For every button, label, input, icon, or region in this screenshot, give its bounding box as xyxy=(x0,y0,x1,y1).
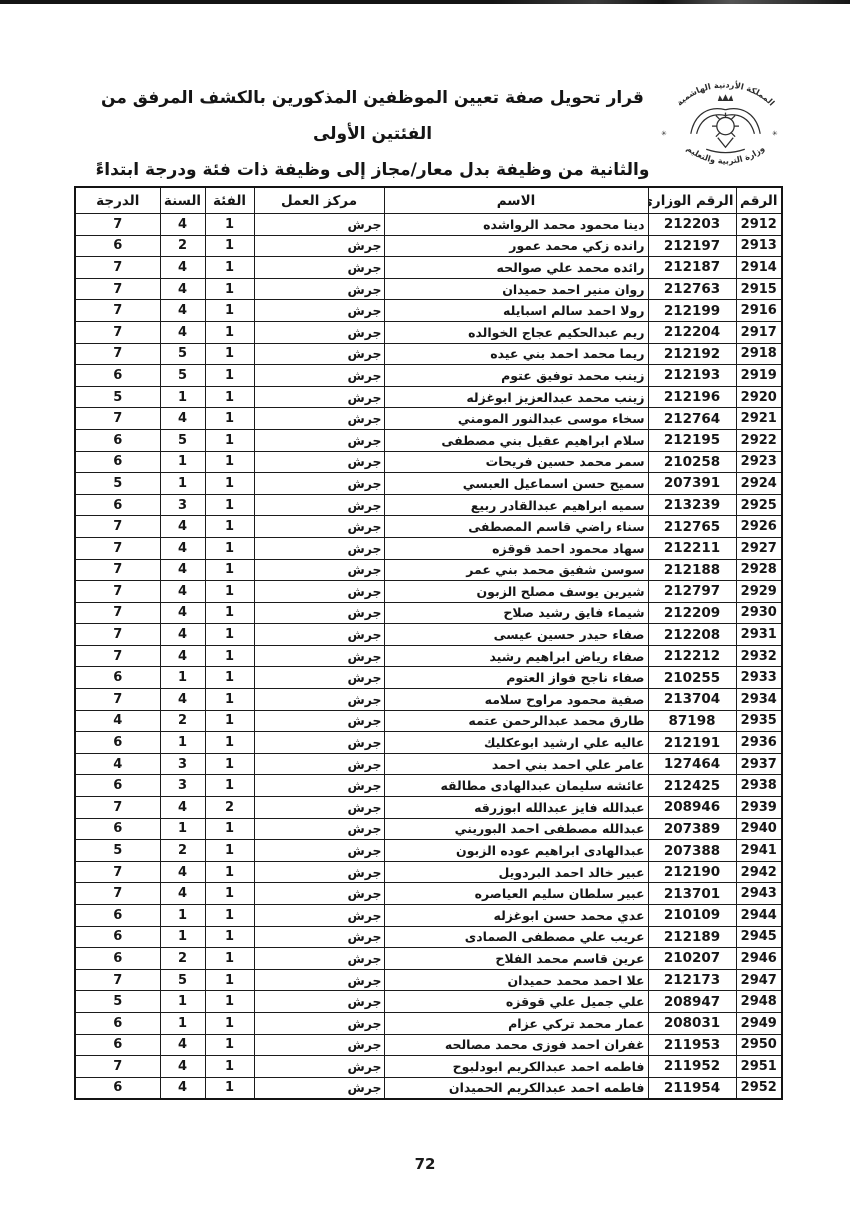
cell-year: 4 xyxy=(160,537,205,559)
cell-year: 1 xyxy=(160,926,205,948)
cell-ministry-number: 212763 xyxy=(648,278,736,300)
cell-row-number: 2941 xyxy=(736,840,782,862)
cell-grade: 7 xyxy=(75,300,160,322)
cell-year: 1 xyxy=(160,818,205,840)
cell-grade: 6 xyxy=(75,948,160,970)
cell-year: 1 xyxy=(160,473,205,495)
cell-name: عامر علي احمد بني احمد xyxy=(384,753,648,775)
cell-row-number: 2931 xyxy=(736,624,782,646)
cell-row-number: 2950 xyxy=(736,1034,782,1056)
cell-name: زينب محمد توفيق عتوم xyxy=(384,365,648,387)
cell-year: 1 xyxy=(160,386,205,408)
cell-work-center: جرش xyxy=(254,386,384,408)
header-year: السنة xyxy=(160,187,205,214)
cell-grade: 7 xyxy=(75,1056,160,1078)
table-row: 2950211953غفران احمد فوزى محمد مصالحهجرش… xyxy=(75,1034,782,1056)
cell-category: 1 xyxy=(205,516,254,538)
cell-ministry-number: 212173 xyxy=(648,969,736,991)
cell-grade: 7 xyxy=(75,581,160,603)
cell-category: 1 xyxy=(205,494,254,516)
cell-work-center: جرش xyxy=(254,581,384,603)
cell-grade: 6 xyxy=(75,1077,160,1099)
cell-ministry-number: 212204 xyxy=(648,321,736,343)
cell-row-number: 2942 xyxy=(736,861,782,883)
cell-year: 4 xyxy=(160,797,205,819)
cell-year: 4 xyxy=(160,321,205,343)
cell-category: 1 xyxy=(205,624,254,646)
cell-work-center: جرش xyxy=(254,494,384,516)
header-row-number: الرقم xyxy=(736,187,782,214)
cell-year: 4 xyxy=(160,645,205,667)
cell-category: 1 xyxy=(205,429,254,451)
table-row: 2939208946عبدالله فايز عبدالله ابوزرقهجر… xyxy=(75,797,782,819)
table-row: 2934213704صفية محمود مراوح سلامهجرش147 xyxy=(75,689,782,711)
cell-category: 1 xyxy=(205,214,254,236)
cell-year: 4 xyxy=(160,624,205,646)
cell-name: سوسن شفيق محمد بني عمر xyxy=(384,559,648,581)
cell-work-center: جرش xyxy=(254,602,384,624)
table-row: 2940207389عبدالله مصطفى احمد البورينيجرش… xyxy=(75,818,782,840)
table-row: 2926212765سناء راضي قاسم المصطفىجرش147 xyxy=(75,516,782,538)
table-row: 2912212203دينا محمود محمد الرواشدهجرش147 xyxy=(75,214,782,236)
cell-category: 1 xyxy=(205,321,254,343)
cell-row-number: 2929 xyxy=(736,581,782,603)
table-row: 2945212189عريب علي مصطفى الصمادىجرش116 xyxy=(75,926,782,948)
cell-year: 4 xyxy=(160,861,205,883)
cell-year: 1 xyxy=(160,1012,205,1034)
cell-row-number: 2949 xyxy=(736,1012,782,1034)
cell-row-number: 2938 xyxy=(736,775,782,797)
cell-name: سمر محمد حسين فريحات xyxy=(384,451,648,473)
cell-row-number: 2937 xyxy=(736,753,782,775)
table-row: 2930212209شيماء فايق رشيد صلاحجرش147 xyxy=(75,602,782,624)
cell-name: عبدالهادى ابراهيم عوده الزبون xyxy=(384,840,648,862)
cell-name: غفران احمد فوزى محمد مصالحه xyxy=(384,1034,648,1056)
cell-category: 1 xyxy=(205,775,254,797)
cell-row-number: 2917 xyxy=(736,321,782,343)
cell-ministry-number: 208947 xyxy=(648,991,736,1013)
cell-category: 1 xyxy=(205,861,254,883)
cell-name: صفاء رياض ابراهيم رشيد xyxy=(384,645,648,667)
cell-category: 1 xyxy=(205,732,254,754)
cell-ministry-number: 207389 xyxy=(648,818,736,840)
cell-ministry-number: 212797 xyxy=(648,581,736,603)
table-row: 2921212764سخاء موسى عبدالنور المومنيجرش1… xyxy=(75,408,782,430)
cell-work-center: جرش xyxy=(254,559,384,581)
cell-name: عريب علي مصطفى الصمادى xyxy=(384,926,648,948)
cell-year: 4 xyxy=(160,581,205,603)
cell-grade: 6 xyxy=(75,365,160,387)
cell-name: عدي محمد حسن ابوغزله xyxy=(384,905,648,927)
table-row: 2920212196زينب محمد عبدالعزيز ابوغزلهجرش… xyxy=(75,386,782,408)
document-page: قرار تحويل صفة تعيين الموظفين المذكورين … xyxy=(0,0,850,1226)
cell-year: 4 xyxy=(160,408,205,430)
cell-work-center: جرش xyxy=(254,818,384,840)
cell-row-number: 2923 xyxy=(736,451,782,473)
cell-grade: 6 xyxy=(75,451,160,473)
cell-category: 1 xyxy=(205,905,254,927)
cell-category: 1 xyxy=(205,926,254,948)
cell-year: 2 xyxy=(160,840,205,862)
cell-ministry-number: 211953 xyxy=(648,1034,736,1056)
cell-name: سخاء موسى عبدالنور المومني xyxy=(384,408,648,430)
cell-grade: 7 xyxy=(75,797,160,819)
cell-name: دينا محمود محمد الرواشده xyxy=(384,214,648,236)
table-row: 2918212192ريما محمد احمد بني عيدهجرش157 xyxy=(75,343,782,365)
cell-name: زينب محمد عبدالعزيز ابوغزله xyxy=(384,386,648,408)
table-row: 2933210255صفاء ناجح فواز العتومجرش116 xyxy=(75,667,782,689)
cell-ministry-number: 208031 xyxy=(648,1012,736,1034)
cell-grade: 6 xyxy=(75,429,160,451)
cell-grade: 7 xyxy=(75,969,160,991)
cell-grade: 7 xyxy=(75,624,160,646)
cell-row-number: 2935 xyxy=(736,710,782,732)
cell-work-center: جرش xyxy=(254,624,384,646)
cell-year: 2 xyxy=(160,948,205,970)
cell-name: سميح حسن اسماعيل العبسي xyxy=(384,473,648,495)
cell-year: 3 xyxy=(160,775,205,797)
cell-grade: 6 xyxy=(75,775,160,797)
cell-row-number: 2934 xyxy=(736,689,782,711)
cell-grade: 7 xyxy=(75,689,160,711)
cell-work-center: جرش xyxy=(254,753,384,775)
cell-category: 1 xyxy=(205,991,254,1013)
cell-year: 4 xyxy=(160,278,205,300)
cell-name: روان منير احمد حميدان xyxy=(384,278,648,300)
cell-row-number: 2918 xyxy=(736,343,782,365)
cell-year: 4 xyxy=(160,257,205,279)
cell-grade: 7 xyxy=(75,278,160,300)
cell-category: 1 xyxy=(205,1056,254,1078)
cell-work-center: جرش xyxy=(254,321,384,343)
cell-row-number: 2921 xyxy=(736,408,782,430)
cell-row-number: 2912 xyxy=(736,214,782,236)
cell-year: 1 xyxy=(160,451,205,473)
cell-grade: 5 xyxy=(75,386,160,408)
employee-roster-table: الرقم الرقم الوزاري الاسم مركز العمل الف… xyxy=(74,186,783,1100)
table-row: 2913212197رانده زكي محمد عمورجرش126 xyxy=(75,235,782,257)
cell-work-center: جرش xyxy=(254,710,384,732)
page-number: 72 xyxy=(0,1155,850,1173)
table-row: 2947212173علا احمد محمد حميدانجرش157 xyxy=(75,969,782,991)
cell-year: 2 xyxy=(160,710,205,732)
cell-grade: 6 xyxy=(75,818,160,840)
cell-category: 1 xyxy=(205,408,254,430)
cell-year: 4 xyxy=(160,516,205,538)
cell-ministry-number: 212189 xyxy=(648,926,736,948)
table-row: 2931212208صفاء حيدر حسين عيسىجرش147 xyxy=(75,624,782,646)
cell-year: 4 xyxy=(160,1077,205,1099)
cell-row-number: 2925 xyxy=(736,494,782,516)
cell-name: صفية محمود مراوح سلامه xyxy=(384,689,648,711)
cell-grade: 7 xyxy=(75,408,160,430)
cell-row-number: 2924 xyxy=(736,473,782,495)
cell-year: 4 xyxy=(160,300,205,322)
table-row: 2922212195سلام ابراهيم عقيل بني مصطفىجرش… xyxy=(75,429,782,451)
cell-ministry-number: 210258 xyxy=(648,451,736,473)
table-row: 2929212797شيرين يوسف مصلح الزبونجرش147 xyxy=(75,581,782,603)
cell-year: 4 xyxy=(160,559,205,581)
cell-category: 1 xyxy=(205,1012,254,1034)
table-row: 2942212190عبير خالد احمد البردويلجرش147 xyxy=(75,861,782,883)
table-header-row: الرقم الرقم الوزاري الاسم مركز العمل الف… xyxy=(75,187,782,214)
cell-category: 1 xyxy=(205,689,254,711)
cell-name: سلام ابراهيم عقيل بني مصطفى xyxy=(384,429,648,451)
cell-grade: 6 xyxy=(75,905,160,927)
cell-ministry-number: 207388 xyxy=(648,840,736,862)
header-category: الفئة xyxy=(205,187,254,214)
table-row: 2919212193زينب محمد توفيق عتومجرش156 xyxy=(75,365,782,387)
cell-name: سناء راضي قاسم المصطفى xyxy=(384,516,648,538)
table-row: 2915212763روان منير احمد حميدانجرش147 xyxy=(75,278,782,300)
cell-year: 5 xyxy=(160,969,205,991)
cell-ministry-number: 87198 xyxy=(648,710,736,732)
cell-work-center: جرش xyxy=(254,991,384,1013)
cell-ministry-number: 213239 xyxy=(648,494,736,516)
cell-year: 4 xyxy=(160,689,205,711)
cell-row-number: 2939 xyxy=(736,797,782,819)
cell-category: 1 xyxy=(205,343,254,365)
cell-work-center: جرش xyxy=(254,775,384,797)
cell-work-center: جرش xyxy=(254,861,384,883)
cell-row-number: 2920 xyxy=(736,386,782,408)
cell-year: 2 xyxy=(160,235,205,257)
cell-grade: 5 xyxy=(75,840,160,862)
cell-category: 1 xyxy=(205,883,254,905)
cell-work-center: جرش xyxy=(254,473,384,495)
cell-name: علا احمد محمد حميدان xyxy=(384,969,648,991)
cell-ministry-number: 212209 xyxy=(648,602,736,624)
cell-category: 1 xyxy=(205,473,254,495)
cell-name: فاطمه احمد عبدالكريم ابودلبوح xyxy=(384,1056,648,1078)
table-row: 2952211954فاطمه احمد عبدالكريم الحميدانج… xyxy=(75,1077,782,1099)
cell-category: 1 xyxy=(205,969,254,991)
cell-row-number: 2951 xyxy=(736,1056,782,1078)
cell-work-center: جرش xyxy=(254,926,384,948)
cell-work-center: جرش xyxy=(254,883,384,905)
cell-year: 4 xyxy=(160,1034,205,1056)
cell-grade: 7 xyxy=(75,602,160,624)
cell-name: ريم عبدالحكيم عجاج الخوالده xyxy=(384,321,648,343)
cell-ministry-number: 212208 xyxy=(648,624,736,646)
cell-ministry-number: 210207 xyxy=(648,948,736,970)
cell-ministry-number: 212187 xyxy=(648,257,736,279)
cell-name: عبير خالد احمد البردويل xyxy=(384,861,648,883)
cell-ministry-number: 212192 xyxy=(648,343,736,365)
table-row: 2948208947علي جميل علي قوقزهجرش115 xyxy=(75,991,782,1013)
cell-name: سهاد محمود احمد قوقزه xyxy=(384,537,648,559)
table-row: 2938212425عائشه سليمان عبدالهادى مطالقهج… xyxy=(75,775,782,797)
cell-name: ريما محمد احمد بني عيده xyxy=(384,343,648,365)
cell-work-center: جرش xyxy=(254,840,384,862)
cell-name: عمار محمد تركي عزام xyxy=(384,1012,648,1034)
table-row: 2928212188سوسن شفيق محمد بني عمرجرش147 xyxy=(75,559,782,581)
cell-row-number: 2913 xyxy=(736,235,782,257)
cell-name: رانده زكي محمد عمور xyxy=(384,235,648,257)
cell-work-center: جرش xyxy=(254,214,384,236)
title-line-1: قرار تحويل صفة تعيين الموظفين المذكورين … xyxy=(85,80,660,152)
cell-work-center: جرش xyxy=(254,300,384,322)
cell-grade: 7 xyxy=(75,321,160,343)
cell-name: شيرين يوسف مصلح الزبون xyxy=(384,581,648,603)
cell-category: 1 xyxy=(205,278,254,300)
cell-year: 4 xyxy=(160,1056,205,1078)
cell-grade: 7 xyxy=(75,537,160,559)
cell-grade: 7 xyxy=(75,343,160,365)
cell-ministry-number: 211954 xyxy=(648,1077,736,1099)
table-row: 2943213701عبير سلطان سليم العياصرهجرش147 xyxy=(75,883,782,905)
cell-row-number: 2922 xyxy=(736,429,782,451)
cell-name: فاطمه احمد عبدالكريم الحميدان xyxy=(384,1077,648,1099)
cell-row-number: 2948 xyxy=(736,991,782,1013)
cell-ministry-number: 212188 xyxy=(648,559,736,581)
cell-work-center: جرش xyxy=(254,257,384,279)
cell-name: شيماء فايق رشيد صلاح xyxy=(384,602,648,624)
cell-category: 1 xyxy=(205,1034,254,1056)
cell-name: علي جميل علي قوقزه xyxy=(384,991,648,1013)
cell-work-center: جرش xyxy=(254,343,384,365)
cell-name: طارق محمد عبدالرحمن عتمه xyxy=(384,710,648,732)
cell-category: 1 xyxy=(205,300,254,322)
table-row: 2936212191عاليه علي ارشيد ابوعكليكجرش116 xyxy=(75,732,782,754)
table-row: 2927212211سهاد محمود احمد قوقزهجرش147 xyxy=(75,537,782,559)
cell-ministry-number: 212196 xyxy=(648,386,736,408)
scan-edge-artifact xyxy=(0,0,850,4)
cell-work-center: جرش xyxy=(254,408,384,430)
cell-ministry-number: 212425 xyxy=(648,775,736,797)
cell-work-center: جرش xyxy=(254,429,384,451)
cell-grade: 7 xyxy=(75,883,160,905)
cell-name: سميه ابراهيم عبدالقادر ربيع xyxy=(384,494,648,516)
cell-category: 1 xyxy=(205,710,254,732)
cell-ministry-number: 212203 xyxy=(648,214,736,236)
cell-row-number: 2915 xyxy=(736,278,782,300)
cell-ministry-number: 127464 xyxy=(648,753,736,775)
table-row: 2946210207عرين قاسم محمد الفلاحجرش126 xyxy=(75,948,782,970)
cell-name: عبير سلطان سليم العياصره xyxy=(384,883,648,905)
cell-year: 3 xyxy=(160,494,205,516)
cell-row-number: 2919 xyxy=(736,365,782,387)
cell-ministry-number: 208946 xyxy=(648,797,736,819)
cell-name: عائشه سليمان عبدالهادى مطالقه xyxy=(384,775,648,797)
cell-name: رائده محمد علي صوالحه xyxy=(384,257,648,279)
cell-year: 5 xyxy=(160,343,205,365)
cell-ministry-number: 211952 xyxy=(648,1056,736,1078)
cell-work-center: جرش xyxy=(254,689,384,711)
cell-row-number: 2945 xyxy=(736,926,782,948)
table-row: 2951211952فاطمه احمد عبدالكريم ابودلبوحج… xyxy=(75,1056,782,1078)
cell-category: 1 xyxy=(205,559,254,581)
cell-category: 1 xyxy=(205,386,254,408)
cell-ministry-number: 212765 xyxy=(648,516,736,538)
cell-ministry-number: 210109 xyxy=(648,905,736,927)
table-row: 2916212199رولا احمد سالم اسبايلهجرش147 xyxy=(75,300,782,322)
cell-grade: 6 xyxy=(75,732,160,754)
cell-category: 1 xyxy=(205,602,254,624)
ministry-seal: المملكة الأردنية الهاشمية وزارة التربية … xyxy=(658,76,793,182)
cell-ministry-number: 212211 xyxy=(648,537,736,559)
cell-work-center: جرش xyxy=(254,365,384,387)
cell-grade: 6 xyxy=(75,1012,160,1034)
cell-grade: 7 xyxy=(75,645,160,667)
cell-row-number: 2933 xyxy=(736,667,782,689)
cell-work-center: جرش xyxy=(254,732,384,754)
table-row: 2944210109عدي محمد حسن ابوغزلهجرش116 xyxy=(75,905,782,927)
cell-year: 1 xyxy=(160,667,205,689)
cell-category: 1 xyxy=(205,667,254,689)
cell-name: صفاء حيدر حسين عيسى xyxy=(384,624,648,646)
cell-year: 4 xyxy=(160,214,205,236)
cell-grade: 4 xyxy=(75,710,160,732)
cell-ministry-number: 212191 xyxy=(648,732,736,754)
cell-row-number: 2952 xyxy=(736,1077,782,1099)
cell-year: 1 xyxy=(160,991,205,1013)
cell-category: 1 xyxy=(205,581,254,603)
cell-grade: 6 xyxy=(75,494,160,516)
cell-work-center: جرش xyxy=(254,235,384,257)
table-row: 2949208031عمار محمد تركي عزامجرش116 xyxy=(75,1012,782,1034)
cell-name: عبدالله مصطفى احمد البوريني xyxy=(384,818,648,840)
cell-grade: 5 xyxy=(75,473,160,495)
cell-row-number: 2946 xyxy=(736,948,782,970)
cell-category: 1 xyxy=(205,257,254,279)
cell-work-center: جرش xyxy=(254,797,384,819)
table-row: 2937127464عامر علي احمد بني احمدجرش134 xyxy=(75,753,782,775)
cell-category: 1 xyxy=(205,235,254,257)
cell-row-number: 2932 xyxy=(736,645,782,667)
cell-row-number: 2916 xyxy=(736,300,782,322)
cell-ministry-number: 210255 xyxy=(648,667,736,689)
cell-work-center: جرش xyxy=(254,537,384,559)
cell-grade: 6 xyxy=(75,926,160,948)
cell-row-number: 2927 xyxy=(736,537,782,559)
seal-star-right: ✳ xyxy=(772,130,778,138)
cell-grade: 7 xyxy=(75,516,160,538)
cell-category: 1 xyxy=(205,948,254,970)
cell-ministry-number: 212199 xyxy=(648,300,736,322)
cell-row-number: 2940 xyxy=(736,818,782,840)
cell-year: 4 xyxy=(160,883,205,905)
cell-work-center: جرش xyxy=(254,278,384,300)
table-row: 2914212187رائده محمد علي صوالحهجرش147 xyxy=(75,257,782,279)
cell-work-center: جرش xyxy=(254,1034,384,1056)
cell-category: 1 xyxy=(205,818,254,840)
header-ministry-number: الرقم الوزاري xyxy=(648,187,736,214)
cell-ministry-number: 212764 xyxy=(648,408,736,430)
cell-grade: 7 xyxy=(75,257,160,279)
cell-work-center: جرش xyxy=(254,969,384,991)
cell-ministry-number: 213704 xyxy=(648,689,736,711)
cell-work-center: جرش xyxy=(254,905,384,927)
cell-name: عبدالله فايز عبدالله ابوزرقه xyxy=(384,797,648,819)
cell-year: 4 xyxy=(160,602,205,624)
cell-name: عرين قاسم محمد الفلاح xyxy=(384,948,648,970)
table-row: 2923210258سمر محمد حسين فريحاتجرش116 xyxy=(75,451,782,473)
cell-row-number: 2944 xyxy=(736,905,782,927)
document-header: قرار تحويل صفة تعيين الموظفين المذكورين … xyxy=(0,76,850,188)
table-row: 2925213239سميه ابراهيم عبدالقادر ربيعجرش… xyxy=(75,494,782,516)
cell-row-number: 2928 xyxy=(736,559,782,581)
cell-grade: 4 xyxy=(75,753,160,775)
cell-work-center: جرش xyxy=(254,451,384,473)
cell-year: 5 xyxy=(160,365,205,387)
cell-category: 1 xyxy=(205,753,254,775)
cell-work-center: جرش xyxy=(254,645,384,667)
cell-category: 1 xyxy=(205,840,254,862)
cell-row-number: 2914 xyxy=(736,257,782,279)
cell-category: 2 xyxy=(205,797,254,819)
cell-name: عاليه علي ارشيد ابوعكليك xyxy=(384,732,648,754)
